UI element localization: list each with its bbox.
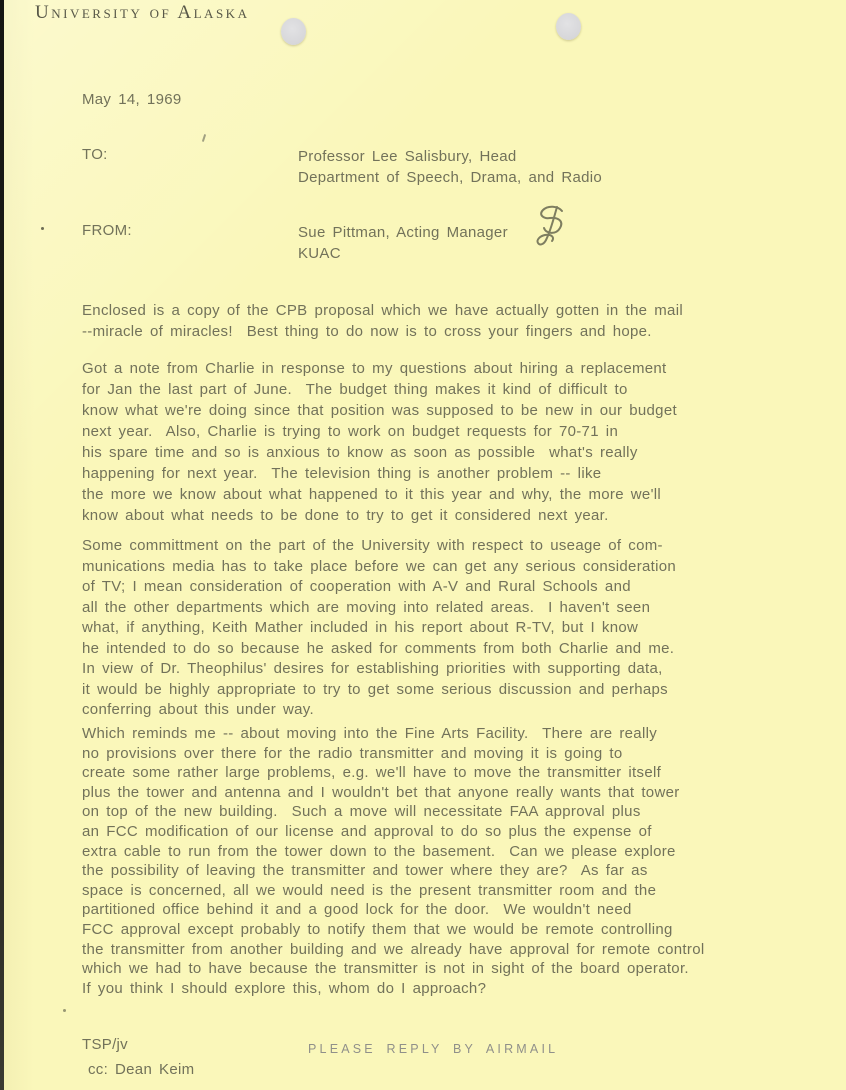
letterhead: University of Alaska — [35, 2, 249, 24]
signature-initials — [524, 204, 576, 252]
typist-initials: TSP/jv — [82, 1036, 128, 1053]
body-paragraph-4: Which reminds me -- about moving into th… — [82, 724, 786, 998]
date: May 14, 1969 — [82, 91, 182, 108]
pen-mark — [202, 134, 206, 142]
airmail-stamp: PLEASE REPLY BY AIRMAIL — [308, 1042, 558, 1056]
from-value: Sue Pittman, Acting Manager KUAC — [298, 222, 508, 264]
to-value: Professor Lee Salisbury, Head Department… — [298, 146, 602, 188]
scan-edge-strip — [0, 0, 4, 1090]
cc-line: cc: Dean Keim — [88, 1061, 194, 1078]
stray-dot-bottom — [63, 1009, 66, 1012]
body-paragraph-1: Enclosed is a copy of the CPB proposal w… — [82, 300, 786, 342]
body-paragraph-3: Some committment on the part of the Univ… — [82, 536, 786, 721]
body-paragraph-2: Got a note from Charlie in response to m… — [82, 358, 786, 526]
hole-punch-left — [281, 18, 306, 45]
stray-dot — [41, 227, 44, 230]
hole-punch-right — [556, 13, 581, 40]
from-label: FROM: — [82, 222, 132, 239]
letter-page: University of Alaska May 14, 1969 TO: Pr… — [0, 0, 846, 1090]
to-label: TO: — [82, 146, 108, 163]
